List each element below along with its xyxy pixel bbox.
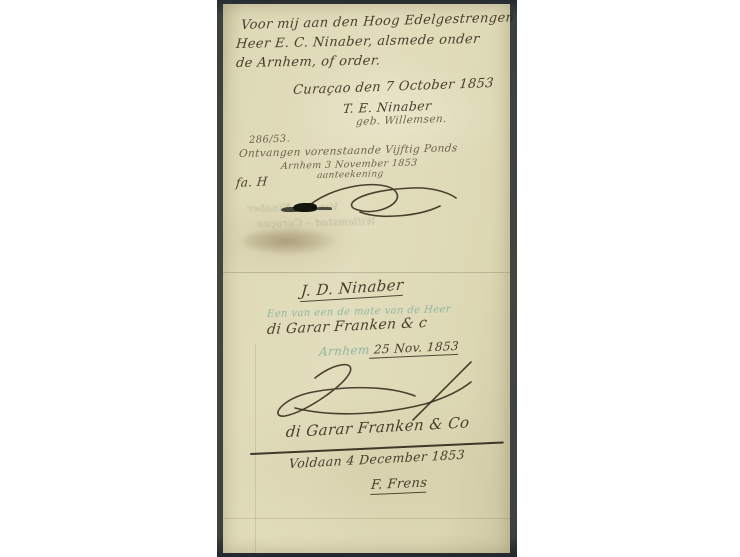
final-signature: F. Frens xyxy=(370,476,428,494)
signature-flourish-small xyxy=(300,176,460,222)
place-date-line: Curaçao den 7 October 1853 xyxy=(292,76,494,98)
margin-note: fa. H xyxy=(235,174,268,190)
handwritten-line: Voor mij aan den Hoog Edelgestrengen xyxy=(240,10,515,33)
ink-blot xyxy=(293,203,317,212)
document-paper: Voor mij aan den Hoog Edelgestrengen Hee… xyxy=(223,4,510,553)
endorsement-signature: J. D. Ninaber xyxy=(300,276,404,300)
handwritten-line: de Arnhem, of order. xyxy=(235,53,381,71)
endorsement-date: 25 Nov. 1853 xyxy=(369,339,460,359)
endorsement-date-line: Arnhem 25 Nov. 1853 xyxy=(318,339,459,359)
final-signature-text: F. Frens xyxy=(370,476,428,496)
page: Voor mij aan den Hoog Edelgestrengen Hee… xyxy=(0,0,740,557)
endorsement-signature-text: J. D. Ninaber xyxy=(300,276,404,302)
signature-subline: geb. Willemsen. xyxy=(355,113,447,128)
endorsement-place: Arnhem xyxy=(318,343,370,359)
fold-crease xyxy=(223,518,510,519)
fold-crease xyxy=(223,272,510,274)
fold-crease xyxy=(255,344,257,553)
document-photo: Voor mij aan den Hoog Edelgestrengen Hee… xyxy=(217,0,517,557)
handwritten-line: Heer E. C. Ninaber, alsmede onder xyxy=(235,32,480,52)
stain-smudge xyxy=(243,228,351,254)
reference-number: 286/53. xyxy=(249,134,291,146)
